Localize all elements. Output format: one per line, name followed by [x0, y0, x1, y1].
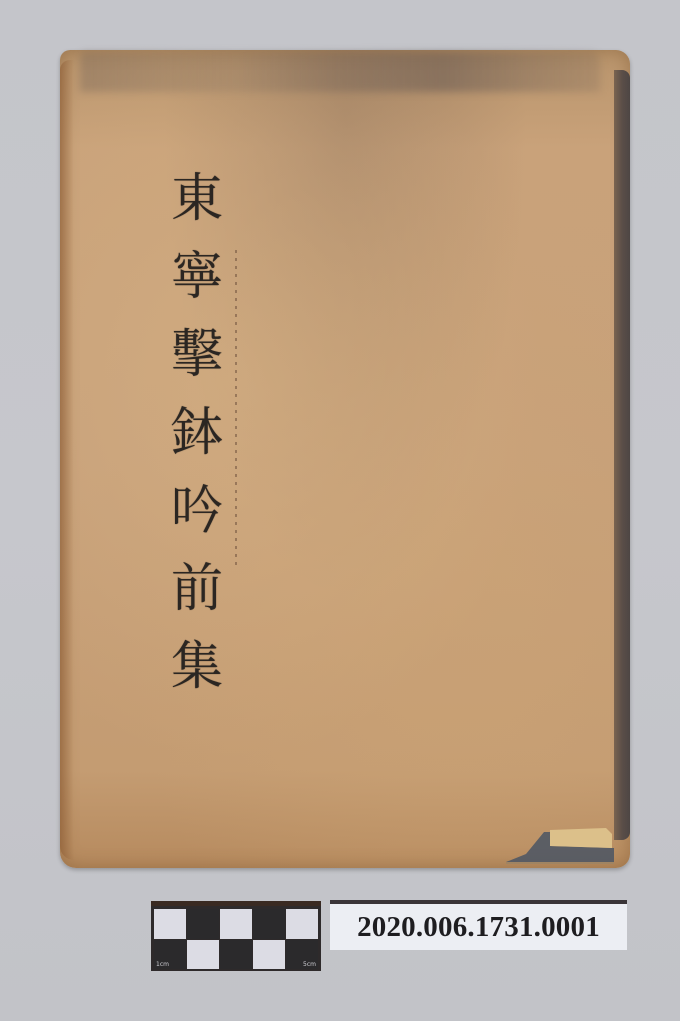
scale-label-start: 1cm: [156, 961, 169, 968]
title-char: 鉢: [171, 394, 223, 472]
title-char: 擊: [171, 316, 223, 394]
scale-square: [253, 909, 285, 939]
book-cover: 東 寧 擊 鉢 吟 前 集: [60, 50, 630, 868]
top-stain: [80, 52, 600, 92]
scale-label-end: 5cm: [303, 961, 316, 968]
title-char: 吟: [171, 472, 223, 550]
scale-checker-grid: [154, 909, 318, 969]
vertical-title: 東 寧 擊 鉢 吟 前 集: [157, 160, 237, 706]
scale-square: [220, 909, 252, 939]
spine-edge: [614, 70, 630, 840]
title-char: 前: [171, 550, 223, 628]
scale-square: [253, 940, 285, 970]
title-char: 集: [171, 628, 223, 706]
title-char: 寧: [171, 238, 223, 316]
scale-bar: 1cm 5cm: [151, 901, 321, 971]
scale-square: [220, 940, 252, 970]
scale-square: [187, 940, 219, 970]
scale-square: [286, 909, 318, 939]
title-char: 東: [171, 160, 223, 238]
torn-corner: [506, 824, 616, 864]
scale-square: [154, 909, 186, 939]
left-edge-wear: [60, 60, 74, 860]
scale-square: [187, 909, 219, 939]
accession-number-label: 2020.006.1731.0001: [330, 904, 627, 950]
